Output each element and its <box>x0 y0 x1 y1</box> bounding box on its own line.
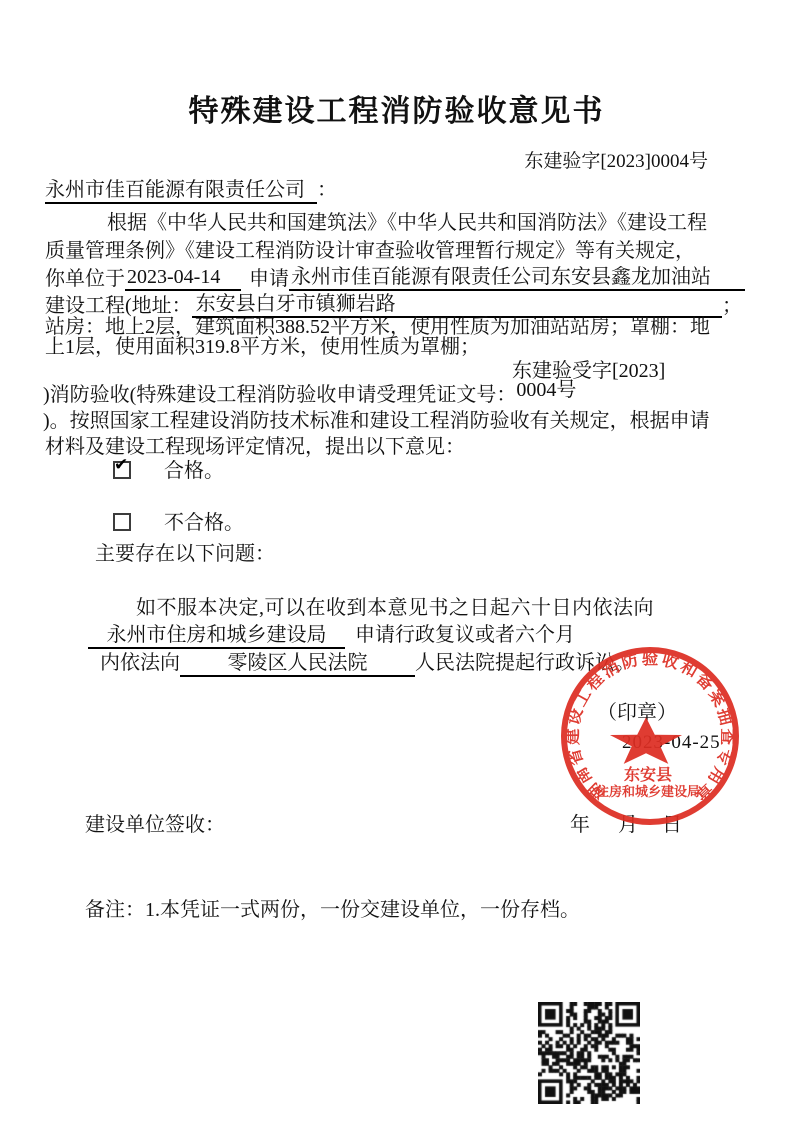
body-line-9: 材料及建设工程现场评定情况，提出以下意见： <box>45 436 465 459</box>
appeal-line-1: 如不服本决定,可以在收到本意见书之日起六十日内依法向 <box>136 597 654 620</box>
appeal-line-3-prefix: 内依法向 <box>100 652 180 674</box>
apply-date: 2023-04-14 <box>125 266 241 291</box>
body-line-4: 建设工程(地址： 东安县白牙市镇狮岩路 ； <box>45 293 742 318</box>
document-number: 东建验字[2023]0004号 <box>524 146 708 173</box>
addressee-colon: ： <box>317 179 337 201</box>
svg-text:查: 查 <box>718 729 738 746</box>
receipt-line-text: )消防验收(特殊建设工程消防验收申请受理凭证文号： <box>43 384 516 406</box>
apply-prefix: 你单位于 <box>45 268 125 291</box>
addressee-line: 永州市佳百能源有限责任公司： <box>45 179 337 204</box>
document-page: { "doc": { "title": "特殊建设工程消防验收意见书", "do… <box>0 0 793 1122</box>
addressee-company: 永州市佳百能源有限责任公司 <box>45 179 317 204</box>
sign-label: 建设单位签收： <box>85 814 225 837</box>
svg-text:建: 建 <box>562 728 582 745</box>
appeal-line-2-suffix: 申请行政复议或者六个月 <box>355 624 575 646</box>
qr-code <box>538 1002 640 1104</box>
pass-checkbox: ✔ <box>113 461 131 479</box>
project-name: 永州市佳百能源有限责任公司东安县鑫龙加油站 <box>289 266 745 291</box>
apply-mid: 申请 <box>249 268 289 291</box>
svg-text:设: 设 <box>564 706 587 727</box>
problems-label: 主要存在以下问题： <box>95 543 275 566</box>
document-title: 特殊建设工程消防验收意见书 <box>0 86 793 130</box>
appeal-line-2: 永州市住房和城乡建设局申请行政复议或者六个月 <box>88 624 575 649</box>
body-line-1: 根据《中华人民共和国建筑法》《中华人民共和国消防法》《建设工程 <box>107 212 707 235</box>
court-name: 零陵区人民法院 <box>180 652 415 677</box>
project-address: 东安县白牙市镇狮岩路 <box>192 293 722 318</box>
body-line-8: )。按照国家工程建设消防技术标准和建设工程消防验收有关规定，根据申请 <box>43 410 710 433</box>
seal-bureau-name: 住房和城乡建设局 <box>596 784 700 799</box>
body-line-3: 你单位于 2023-04-14 申请 永州市佳百能源有限责任公司东安县鑫龙加油站 <box>45 266 745 291</box>
fail-checkbox <box>113 513 131 531</box>
fail-label: 不合格。 <box>164 512 244 534</box>
body-line-7: )消防验收(特殊建设工程消防验收申请受理凭证文号：0004号 <box>43 384 576 407</box>
review-authority: 永州市住房和城乡建设局 <box>88 624 345 649</box>
receipt-number-value: 0004号 <box>516 379 576 401</box>
address-suffix: ； <box>722 295 742 318</box>
star-icon <box>610 717 682 764</box>
note-line: 备注：1.本凭证一式两份，一份交建设单位，一份存档。 <box>85 899 580 922</box>
option-fail-row: 不合格。 <box>113 512 244 535</box>
address-prefix: 建设工程(地址： <box>45 295 192 318</box>
body-line-2: 质量管理条例》《建设工程消防设计审查验收管理暂行规定》等有关规定， <box>45 240 695 263</box>
body-line-6: 上1层，使用面积319.8平方米，使用性质为罩棚； <box>45 336 480 359</box>
check-icon: ✔ <box>114 457 128 474</box>
official-seal: 湖南省建设工程消防验收和备案抽查专用章 东安县 住房和城乡建设局 <box>553 639 747 833</box>
option-pass-row: ✔ 合格。 <box>113 460 224 483</box>
seal-county-name: 东安县 <box>624 765 672 784</box>
pass-label: 合格。 <box>164 460 224 482</box>
svg-text:验: 验 <box>642 648 659 668</box>
